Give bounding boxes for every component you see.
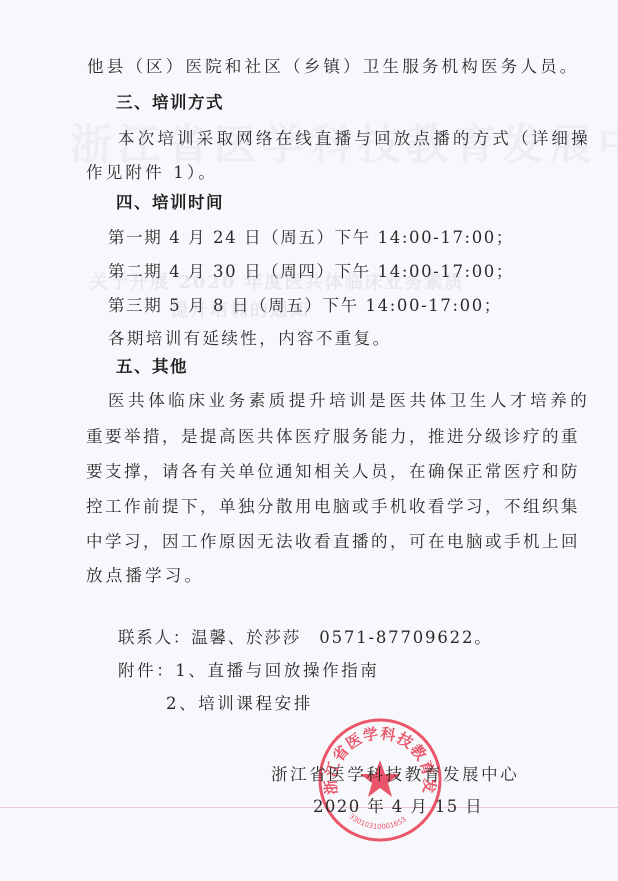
- paragraph-line: 中学习，因工作原因无法收看直播的，可在电脑或手机上回: [86, 532, 580, 552]
- paragraph-line: 重要举措，是提高医共体医疗服务能力，推进分级诊疗的重: [86, 427, 580, 447]
- paragraph-line: 本次培训采取网络在线直播与回放点播的方式（详细操: [118, 129, 591, 149]
- paragraph-line: 放点播学习。: [86, 566, 204, 586]
- section-heading-training-method: 三、培训方式: [116, 93, 224, 113]
- paragraph-line: 医共体临床业务素质提升培训是医共体卫生人才培养的: [108, 391, 590, 411]
- paragraph-line: 控工作前提下，单独分散用电脑或手机收看学习，不组织集: [86, 497, 580, 517]
- schedule-note: 各期培训有延续性，内容不重复。: [108, 329, 392, 349]
- schedule-item: 第一期 4 月 24 日（周五）下午 14:00-17:00；: [108, 228, 514, 248]
- document-page: 浙江省医学科技教育发展中心 关于开展 2020 年度医共体临床业务素质 提升培训…: [0, 0, 618, 881]
- divider-line: [0, 807, 618, 808]
- paragraph-line: 要支撑，请各有关单位通知相关人员，在确保正常医疗和防: [86, 462, 580, 482]
- schedule-item: 第二期 4 月 30 日（周四）下午 14:00-17:00；: [108, 262, 514, 282]
- paragraph-line: 他县（区）医院和社区（乡镇）卫生服务机构医务人员。: [87, 57, 580, 77]
- attachment-2: 2、培训课程安排: [166, 694, 313, 714]
- contact-line: 联系人：温馨、於莎莎 0571-87709622。: [118, 628, 493, 648]
- section-heading-other: 五、其他: [116, 357, 188, 377]
- section-heading-training-time: 四、培训时间: [116, 193, 224, 213]
- paragraph-line: 作见附件 1）。: [86, 163, 218, 183]
- attachment-1: 附件：1、直播与回放操作指南: [118, 661, 379, 681]
- signing-date: 2020 年 4 月 15 日: [313, 797, 483, 817]
- schedule-item: 第三期 5 月 8 日（周五）下午 14:00-17:00；: [108, 296, 502, 316]
- signing-organization: 浙江省医学科技教育发展中心: [271, 765, 519, 785]
